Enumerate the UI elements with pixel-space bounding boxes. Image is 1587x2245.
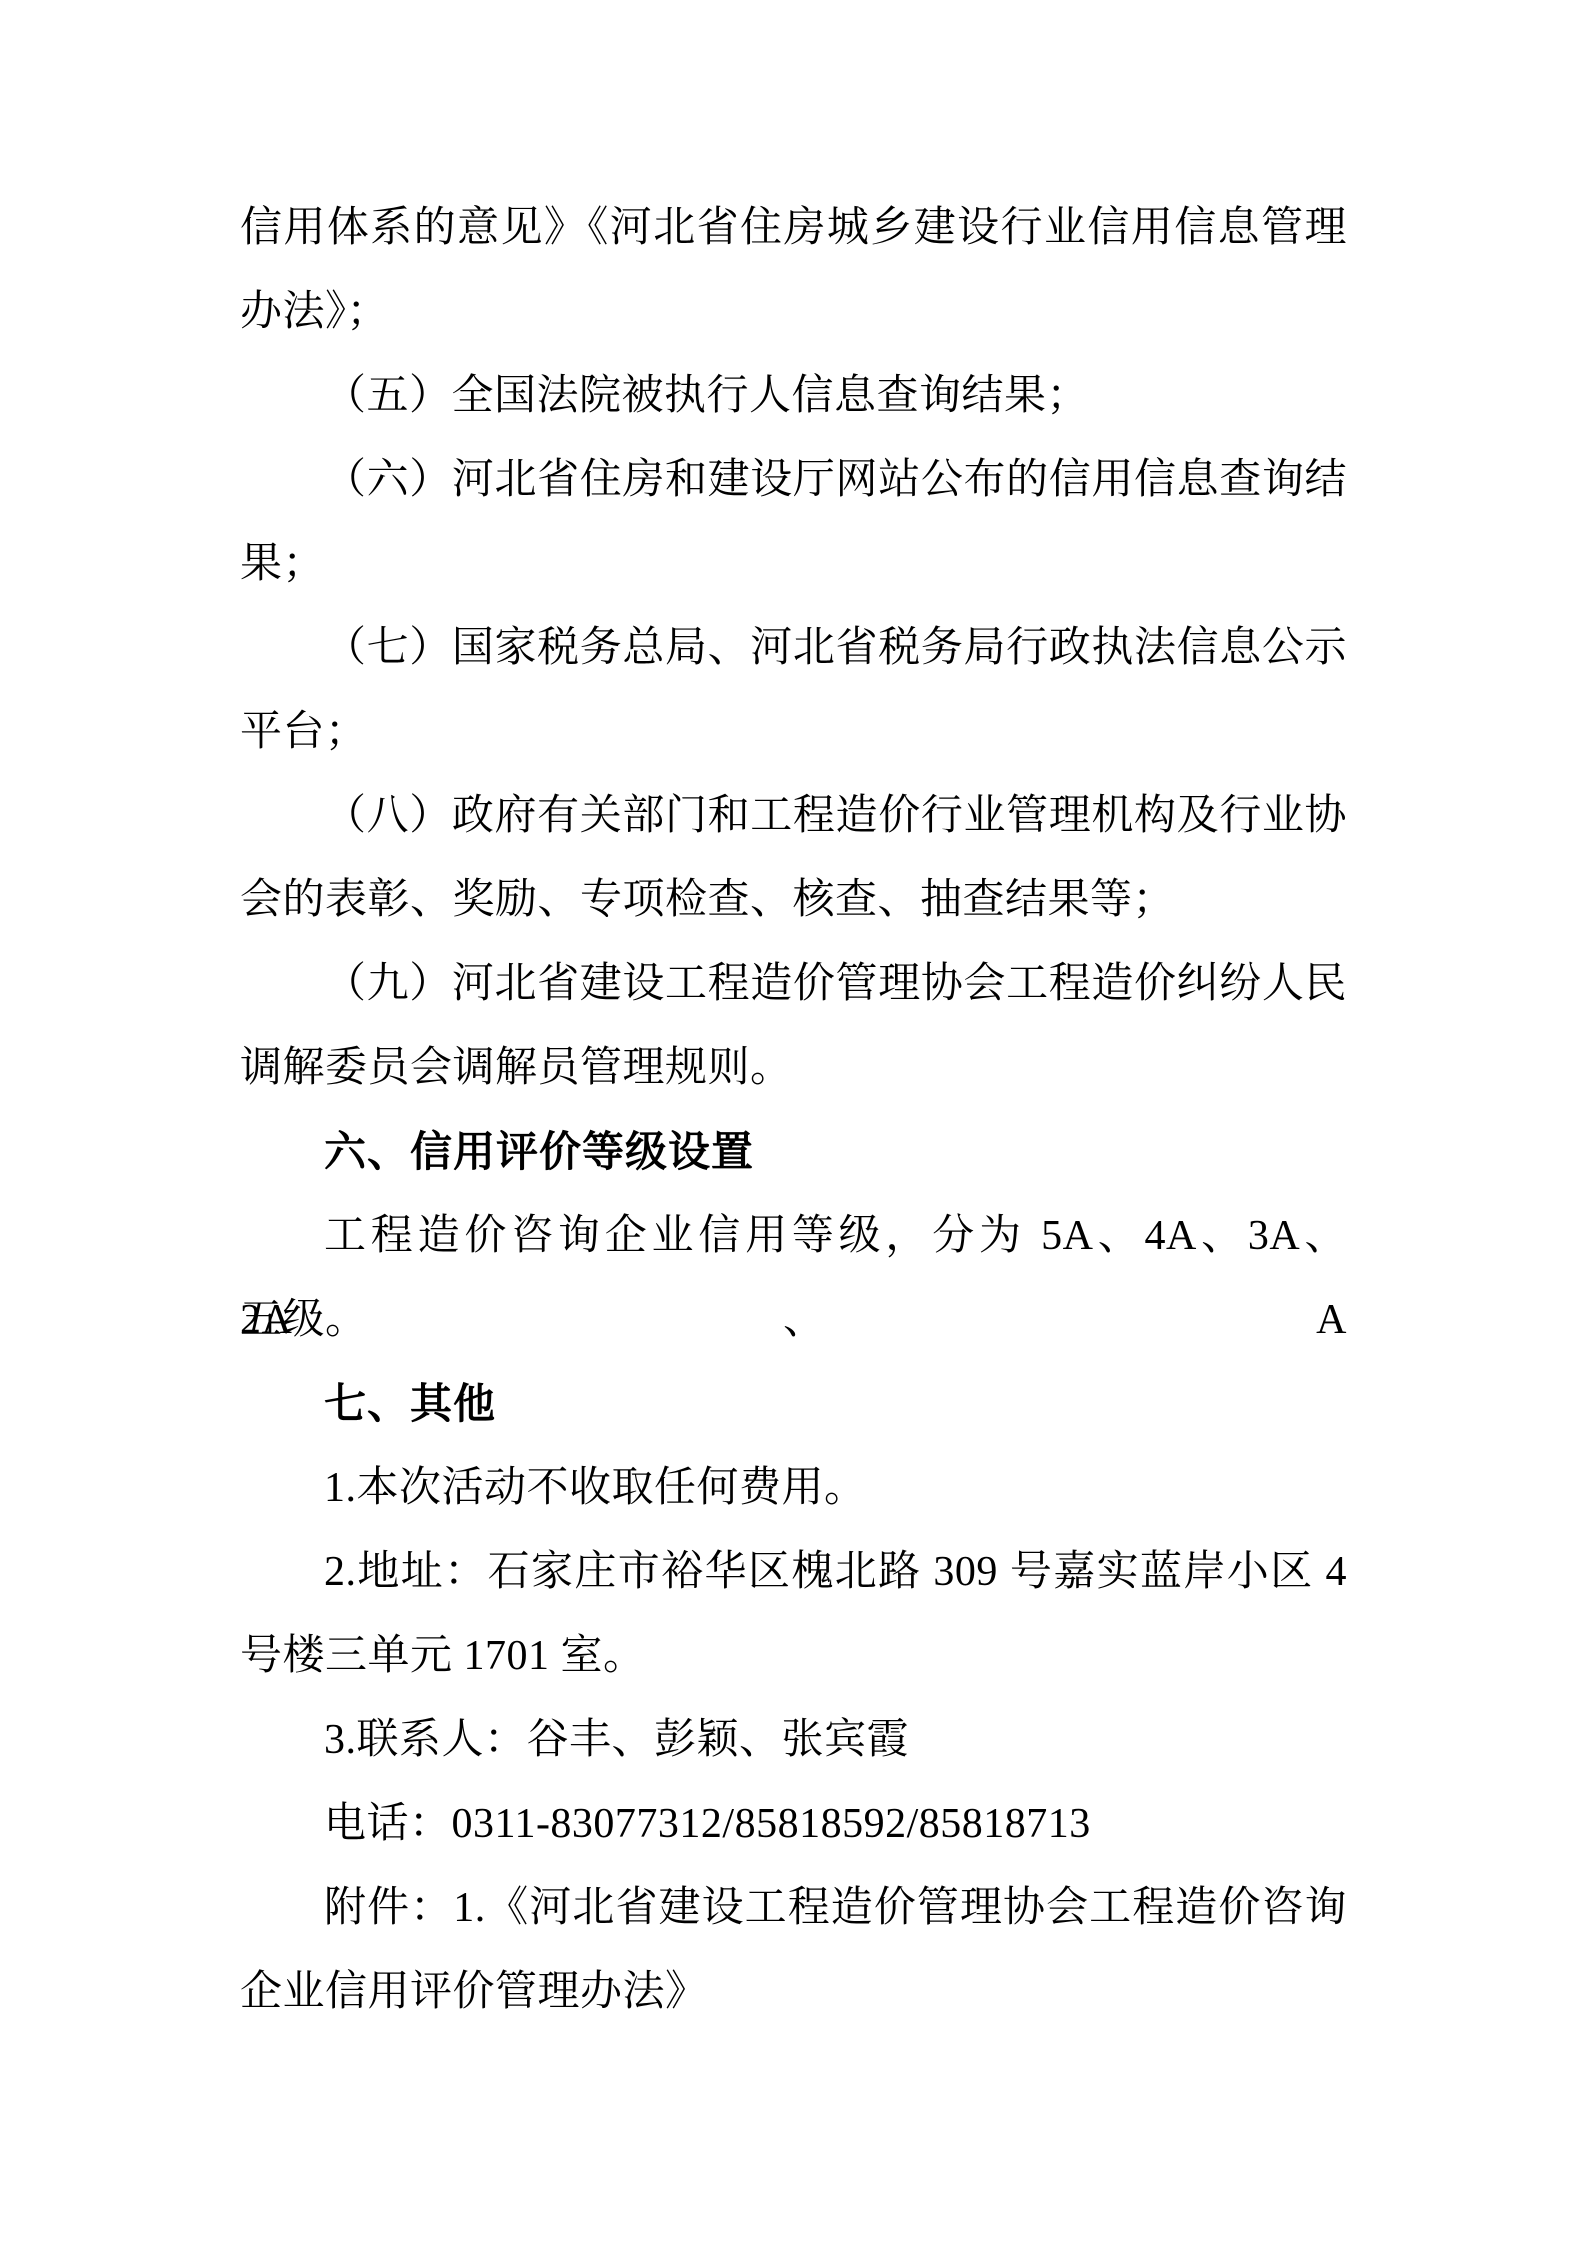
text-line: 电话：0311-83077312/85818592/85818713 — [240, 1782, 1347, 1866]
text-line: （九）河北省建设工程造价管理协会工程造价纠纷人民 — [240, 942, 1347, 1026]
text-line: （七）国家税务总局、河北省税务局行政执法信息公示 — [240, 606, 1347, 690]
text-line: 1.本次活动不收取任何费用。 — [240, 1446, 1347, 1530]
text-line: 调解委员会调解员管理规则。 — [240, 1026, 1347, 1110]
text-line: 平台； — [240, 690, 1347, 774]
document-body: 信用体系的意见》《河北省住房城乡建设行业信用信息管理办法》；（五）全国法院被执行… — [240, 186, 1347, 2034]
text-line: 办法》； — [240, 270, 1347, 354]
text-line: 2.地址：石家庄市裕华区槐北路 309 号嘉实蓝岸小区 4 — [240, 1530, 1347, 1614]
text-line: 果； — [240, 522, 1347, 606]
text-line: 号楼三单元 1701 室。 — [240, 1614, 1347, 1698]
section-heading: 六、信用评价等级设置 — [240, 1110, 1347, 1194]
section-heading: 七、其他 — [240, 1362, 1347, 1446]
document-page: 信用体系的意见》《河北省住房城乡建设行业信用信息管理办法》；（五）全国法院被执行… — [0, 0, 1587, 2245]
text-line: 企业信用评价管理办法》 — [240, 1950, 1347, 2034]
text-line: （五）全国法院被执行人信息查询结果； — [240, 354, 1347, 438]
text-line: 信用体系的意见》《河北省住房城乡建设行业信用信息管理 — [240, 186, 1347, 270]
text-line: （八）政府有关部门和工程造价行业管理机构及行业协 — [240, 774, 1347, 858]
text-line: （六）河北省住房和建设厅网站公布的信用信息查询结 — [240, 438, 1347, 522]
text-line: 工程造价咨询企业信用等级，分为 5A、4A、3A、2A、A — [240, 1194, 1347, 1278]
text-line: 附件：1.《河北省建设工程造价管理协会工程造价咨询 — [240, 1866, 1347, 1950]
text-line: 3.联系人：谷丰、彭颖、张宾霞 — [240, 1698, 1347, 1782]
text-line: 会的表彰、奖励、专项检查、核查、抽查结果等； — [240, 858, 1347, 942]
